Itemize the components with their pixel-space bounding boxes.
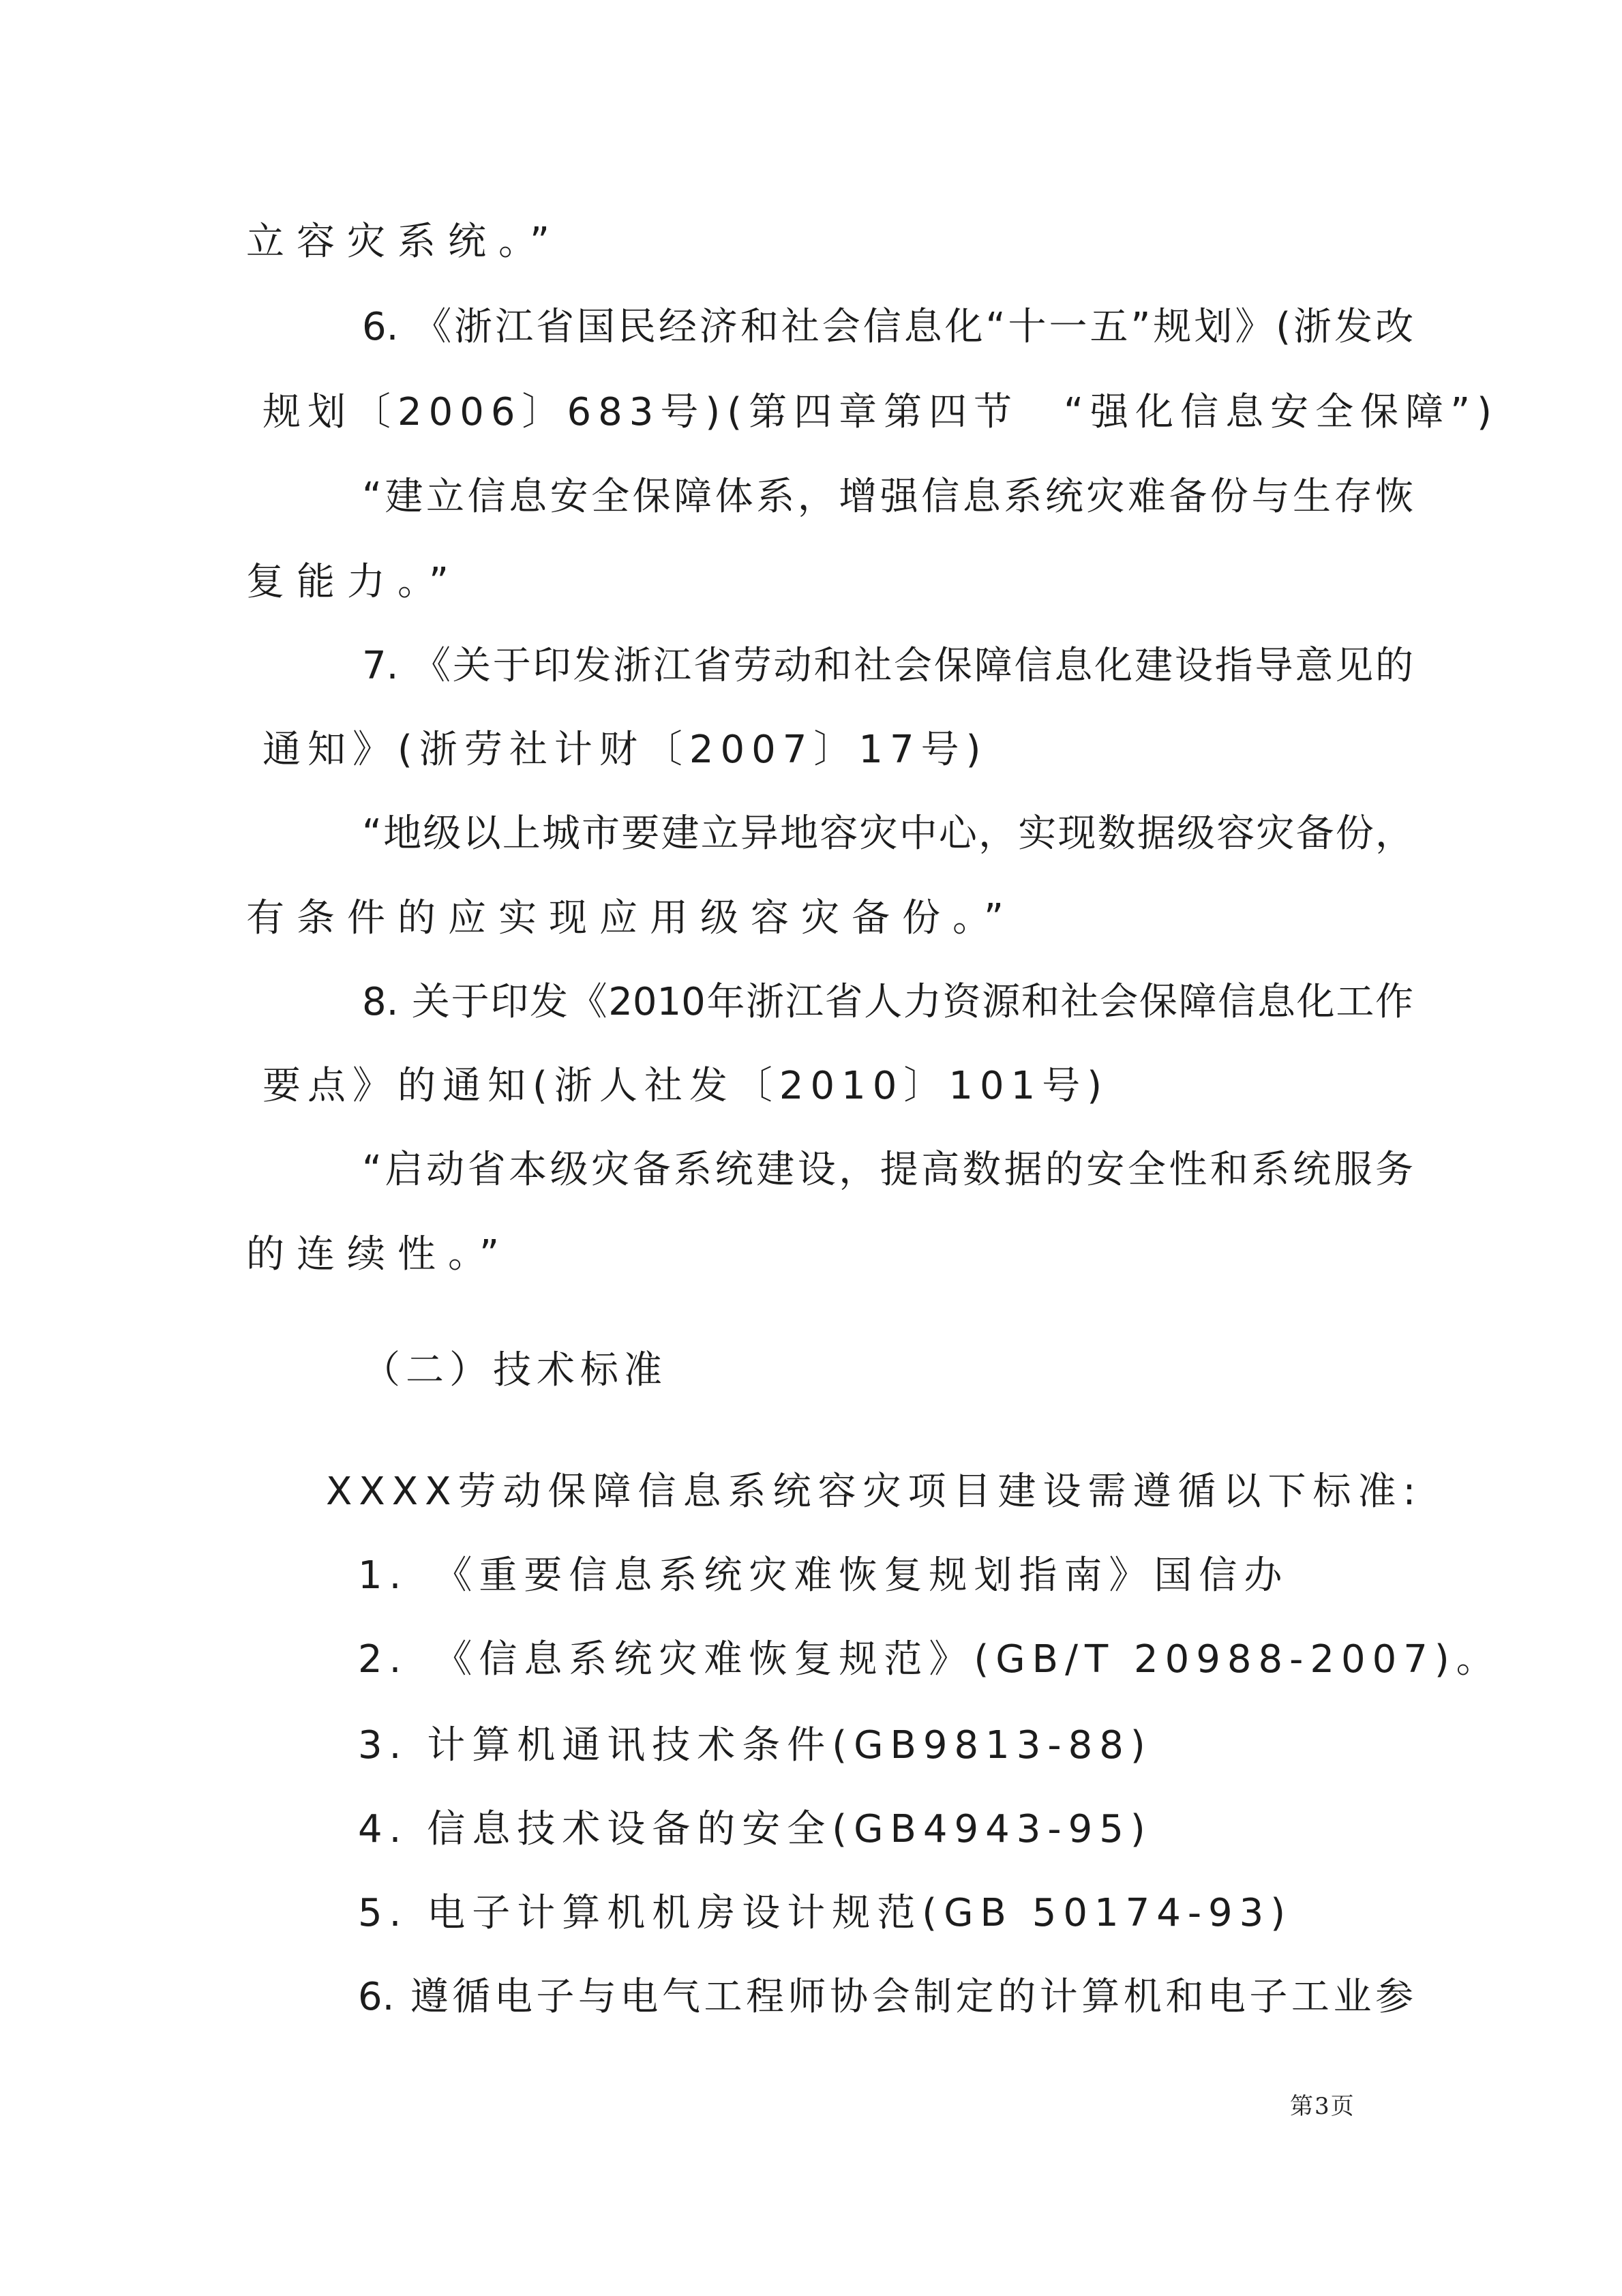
policy-item-7-quote: “地级以上城市要建立异地容灾中心，实现数据级容灾备份， <box>362 807 1413 861</box>
policy-item-7-title: 7. 《关于印发浙江省劳动和社会保障信息化建设指导意见的 <box>362 639 1413 694</box>
paragraph-line: 立容灾系统。” <box>246 215 1413 269</box>
document-page: 立容灾系统。” 6. 《浙江省国民经济和社会信息化“十一五”规划》(浙发改 规划… <box>0 0 1622 2296</box>
policy-item-6-quote-end: 复能力。” <box>246 555 1413 610</box>
policy-item-8-quote-end: 的连续性。” <box>246 1227 1413 1282</box>
standard-item-2: 2. 《信息系统灾难恢复规范》(GB/T 20988-2007)。 <box>358 1632 1413 1687</box>
standard-item-6: 6. 遵循电子与电气工程师协会制定的计算机和电子工业参 <box>358 1970 1413 2025</box>
standards-intro: XXXX劳动保障信息系统容灾项目建设需遵循以下标准: <box>326 1465 1349 1519</box>
section-heading: （二）技术标准 <box>362 1343 907 1398</box>
standard-item-5: 5. 电子计算机机房设计规范(GB 50174-93) <box>358 1886 1413 1941</box>
standard-item-4: 4. 信息技术设备的安全(GB4943-95) <box>358 1802 1413 1857</box>
policy-item-8-title: 8. 关于印发《2010年浙江省人力资源和社会保障信息化工作 <box>362 975 1413 1030</box>
policy-item-8-quote: “启动省本级灾备系统建设，提高数据的安全性和系统服务 <box>362 1143 1413 1197</box>
policy-item-7-ref: 通知》(浙劳社计财〔2007〕17号) <box>262 723 1413 777</box>
policy-item-8-ref: 要点》的通知(浙人社发〔2010〕101号) <box>262 1059 1413 1114</box>
standard-item-1: 1. 《重要信息系统灾难恢复规划指南》国信办 <box>358 1549 1413 1603</box>
policy-item-6-title: 6. 《浙江省国民经济和社会信息化“十一五”规划》(浙发改 <box>246 300 1413 355</box>
policy-item-7-quote-end: 有条件的应实现应用级容灾备份。” <box>246 891 1413 946</box>
page-number: 第3页 <box>1290 2089 1355 2123</box>
standard-item-3: 3. 计算机通讯技术条件(GB9813-88) <box>358 1718 1413 1773</box>
policy-item-6-quote: “建立信息安全保障体系，增强信息系统灾难备份与生存恢 <box>362 470 1413 524</box>
policy-item-6-ref: 规划〔2006〕683号)(第四章第四节 “强化信息安全保障”) <box>262 385 1413 440</box>
